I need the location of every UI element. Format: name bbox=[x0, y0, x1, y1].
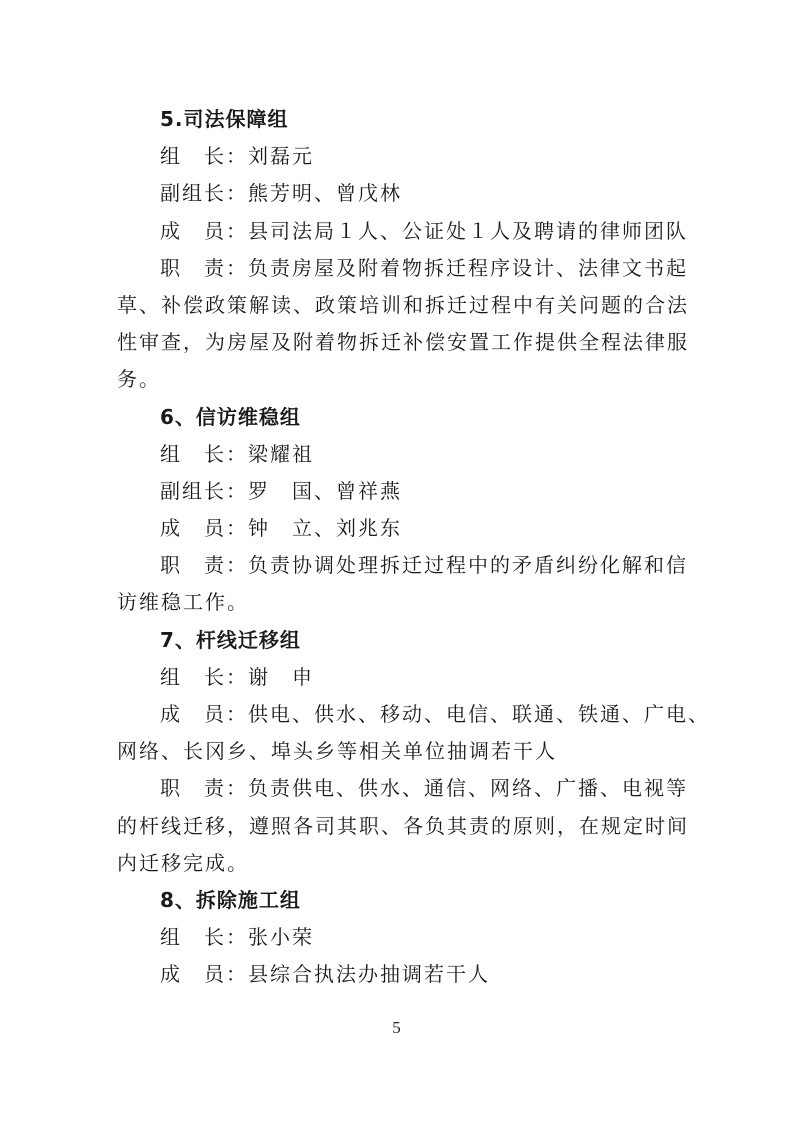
page-number: 5 bbox=[0, 1018, 793, 1038]
leader-line: 组 长：刘磊元 bbox=[117, 138, 683, 175]
duties-line: 职 责：负责房屋及附着物拆迁程序设计、法律文书起 bbox=[117, 250, 683, 287]
duties-continuation: 的杆线迁移，遵照各司其职、各负其责的原则，在规定时间 bbox=[117, 808, 683, 845]
leader-line: 组 长：谢 申 bbox=[117, 659, 683, 696]
section-heading-petition-stability: 6、信访维稳组 bbox=[117, 399, 683, 436]
members-line: 成 员：钟 立、刘兆东 bbox=[117, 510, 683, 547]
leader-line: 组 长：梁耀祖 bbox=[117, 436, 683, 473]
members-line: 成 员：县综合执法办抽调若干人 bbox=[117, 956, 683, 993]
page-content: 5.司法保障组 组 长：刘磊元 副组长：熊芳明、曾戊林 成 员：县司法局１人、公… bbox=[117, 101, 683, 994]
members-line: 成 员：供电、供水、移动、电信、联通、铁通、广电、 bbox=[117, 696, 683, 733]
duties-line: 职 责：负责供电、供水、通信、网络、广播、电视等 bbox=[117, 770, 683, 807]
deputy-leader-line: 副组长：熊芳明、曾戊林 bbox=[117, 175, 683, 212]
duties-continuation: 性审查，为房屋及附着物拆迁补偿安置工作提供全程法律服 bbox=[117, 324, 683, 361]
duties-continuation: 访维稳工作。 bbox=[117, 584, 683, 621]
members-line: 成 员：县司法局１人、公证处１人及聘请的律师团队 bbox=[117, 213, 683, 250]
duties-line: 职 责：负责协调处理拆迁过程中的矛盾纠纷化解和信 bbox=[117, 547, 683, 584]
section-heading-pole-line-relocation: 7、杆线迁移组 bbox=[117, 622, 683, 659]
document-page: 5.司法保障组 组 长：刘磊元 副组长：熊芳明、曾戊林 成 员：县司法局１人、公… bbox=[0, 0, 793, 1122]
leader-line: 组 长：张小荣 bbox=[117, 919, 683, 956]
section-heading-judicial-support: 5.司法保障组 bbox=[117, 101, 683, 138]
deputy-leader-line: 副组长：罗 国、曾祥燕 bbox=[117, 473, 683, 510]
duties-continuation: 草、补偿政策解读、政策培训和拆迁过程中有关问题的合法 bbox=[117, 287, 683, 324]
section-heading-demolition-construction: 8、拆除施工组 bbox=[117, 882, 683, 919]
duties-continuation: 内迁移完成。 bbox=[117, 845, 683, 882]
members-continuation: 网络、长冈乡、埠头乡等相关单位抽调若干人 bbox=[117, 733, 683, 770]
duties-continuation: 务。 bbox=[117, 361, 683, 398]
